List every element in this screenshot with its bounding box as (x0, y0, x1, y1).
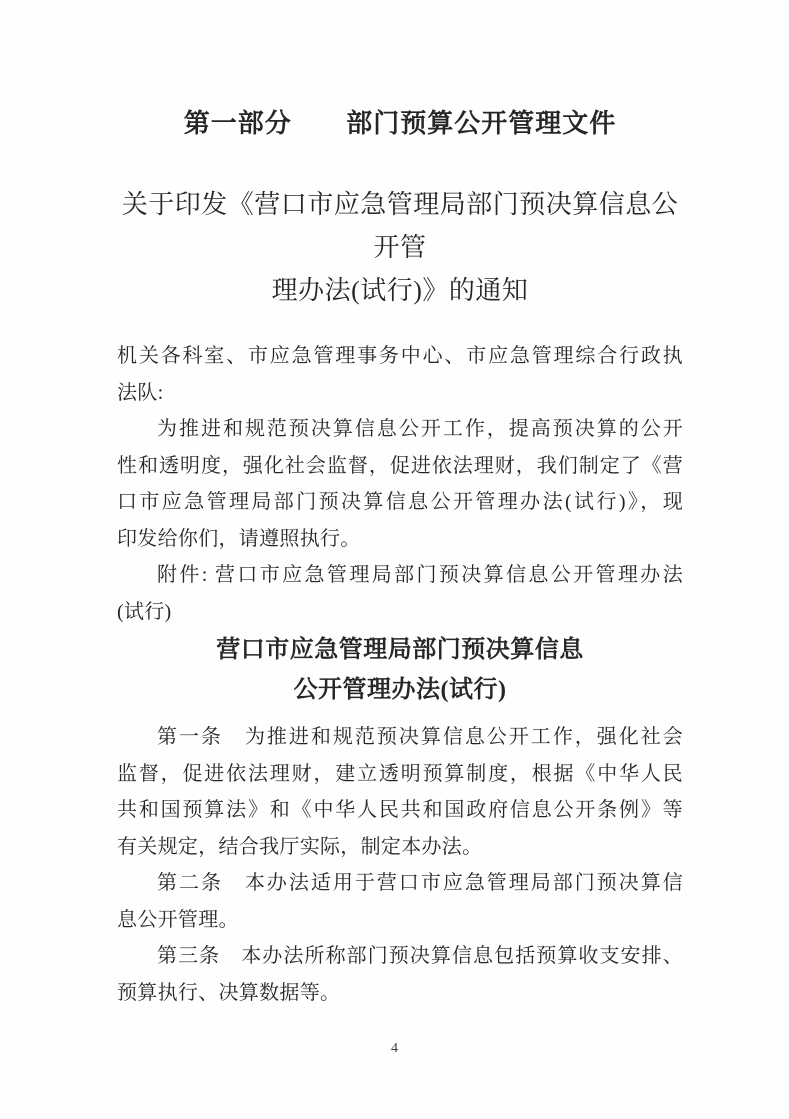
article-2-line: 息公开管理。 (117, 902, 683, 939)
page-number: 4 (0, 1041, 789, 1057)
body-line: 机关各科室、市应急管理事务中心、市应急管理综合行政执 (117, 338, 683, 375)
measure-heading-line2: 公开管理办法(试行) (117, 670, 683, 710)
notice-body: 机关各科室、市应急管理事务中心、市应急管理综合行政执 法队: 为推进和规范预决算… (117, 338, 683, 630)
article-3-line: 第三条 本办法所称部门预决算信息包括预算收支安排、 (117, 938, 683, 975)
article-1-line: 有关规定，结合我厅实际，制定本办法。 (117, 829, 683, 866)
article-2-line: 第二条 本办法适用于营口市应急管理局部门预决算信 (117, 865, 683, 902)
part-heading-label: 第一部分 (184, 108, 292, 138)
article-1-line: 监督，促进依法理财，建立透明预算制度，根据《中华人民 (117, 756, 683, 793)
measure-heading-line1: 营口市应急管理局部门预决算信息 (117, 630, 683, 670)
article-1-line: 共和国预算法》和《中华人民共和国政府信息公开条例》等 (117, 792, 683, 829)
article-1-line: 第一条 为推进和规范预决算信息公开工作，强化社会 (117, 719, 683, 756)
body-line: 法队: (117, 375, 683, 412)
body-line: 印发给你们，请遵照执行。 (117, 521, 683, 558)
document-content: 第一部分部门预算公开管理文件 关于印发《营口市应急管理局部门预决算信息公开管 理… (117, 0, 683, 1011)
body-line: 为推进和规范预决算信息公开工作，提高预决算的公开 (117, 411, 683, 448)
notice-title-line2: 理办法(试行)》的通知 (117, 269, 683, 312)
measure-heading: 营口市应急管理局部门预决算信息 公开管理办法(试行) (117, 630, 683, 710)
attachment-label-line: 附件: 营口市应急管理局部门预决算信息公开管理办法 (117, 557, 683, 594)
scanned-document-page: 第一部分部门预算公开管理文件 关于印发《营口市应急管理局部门预决算信息公开管 理… (0, 0, 789, 1119)
notice-title: 关于印发《营口市应急管理局部门预决算信息公开管 理办法(试行)》的通知 (117, 183, 683, 312)
attachment-label-line: (试行) (117, 594, 683, 631)
measure-body: 第一条 为推进和规范预决算信息公开工作，强化社会 监督，促进依法理财，建立透明预… (117, 719, 683, 1011)
part-heading-title: 部门预算公开管理文件 (346, 108, 616, 138)
body-line: 口市应急管理局部门预决算信息公开管理办法(试行)》，现 (117, 484, 683, 521)
part-heading: 第一部分部门预算公开管理文件 (117, 108, 683, 138)
body-line: 性和透明度，强化社会监督，促进依法理财，我们制定了《营 (117, 448, 683, 485)
article-3-line: 预算执行、决算数据等。 (117, 975, 683, 1012)
notice-title-line1: 关于印发《营口市应急管理局部门预决算信息公开管 (117, 183, 683, 269)
